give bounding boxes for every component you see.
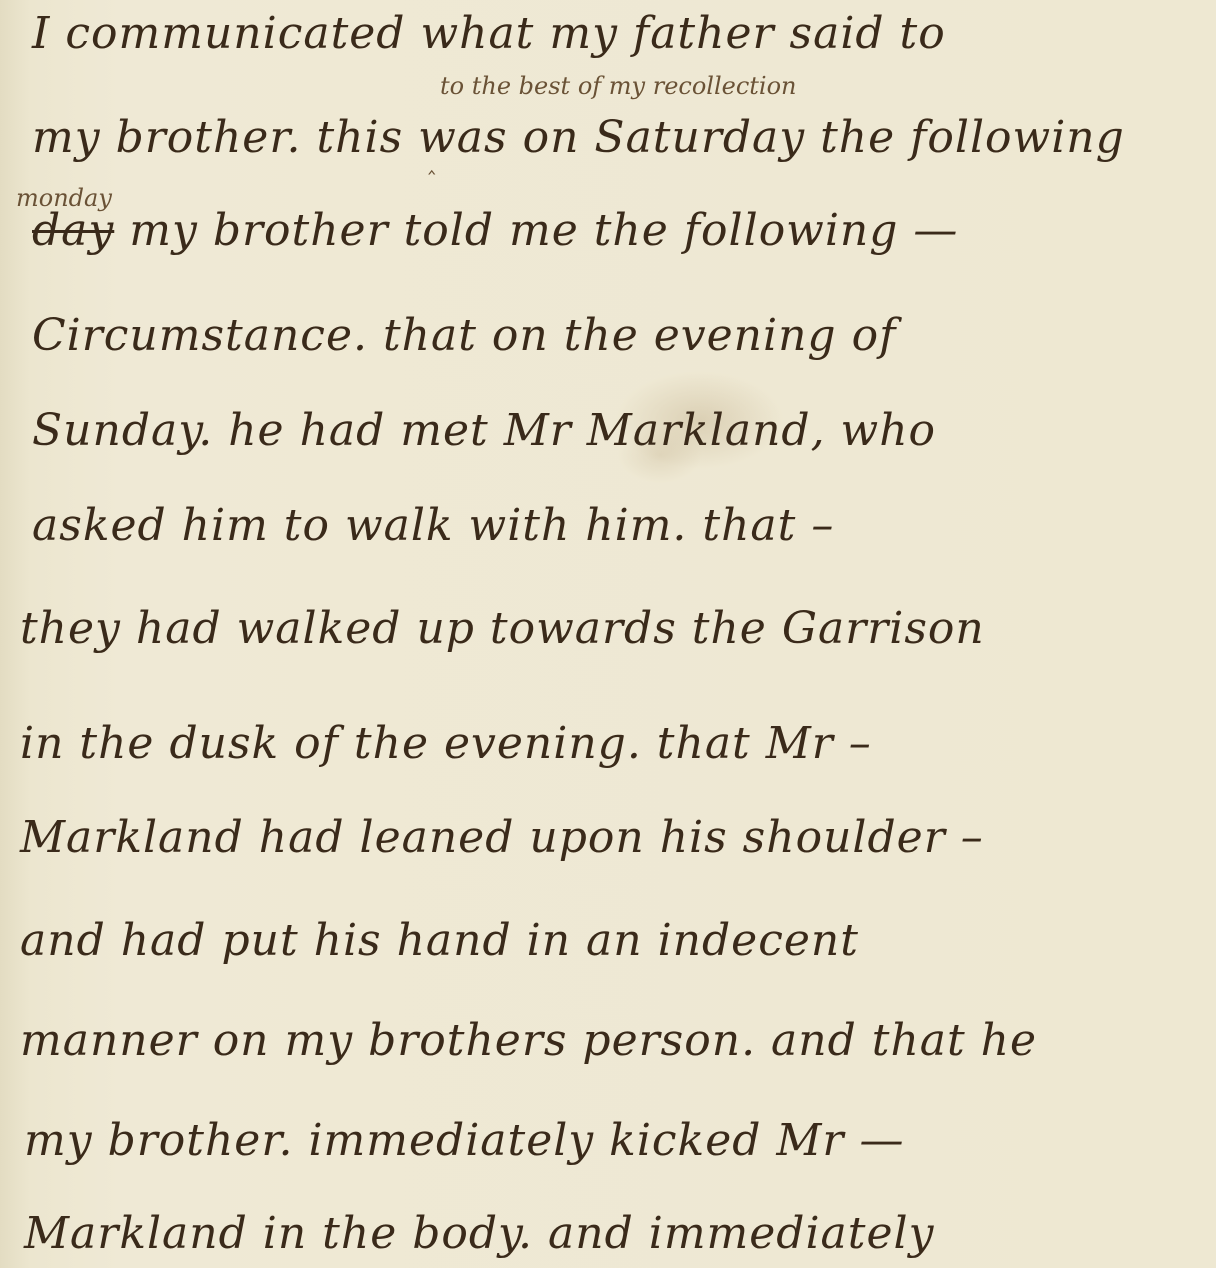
insertion-caret-mark: ‸ — [428, 150, 435, 175]
line-12: my brother. immediately kicked Mr — — [24, 1115, 904, 1166]
line-1: I communicated what my father said to — [32, 8, 946, 59]
line-7: they had walked up towards the Garrison — [20, 603, 985, 654]
interlinear-insertion-recollection: to the best of my recollection — [440, 72, 797, 100]
line-5: Sunday. he had met Mr Markland, who — [32, 405, 936, 456]
line-3-text: my brother told me the following — — [114, 205, 958, 256]
line-2: my brother. this was on Saturday the fol… — [32, 112, 1125, 163]
line-3: day my brother told me the following — — [32, 205, 958, 256]
struck-word: day — [32, 205, 114, 256]
line-10: and had put his hand in an indecent — [20, 915, 859, 966]
manuscript-page: I communicated what my father said to to… — [0, 0, 1216, 1268]
line-6: asked him to walk with him. that – — [32, 500, 834, 551]
line-4: Circumstance. that on the evening of — [32, 310, 896, 361]
line-13: Markland in the body. and immediately — [24, 1208, 934, 1259]
line-8: in the dusk of the evening. that Mr – — [20, 718, 872, 769]
line-9: Markland had leaned upon his shoulder – — [20, 812, 984, 863]
line-11: manner on my brothers person. and that h… — [20, 1015, 1037, 1066]
